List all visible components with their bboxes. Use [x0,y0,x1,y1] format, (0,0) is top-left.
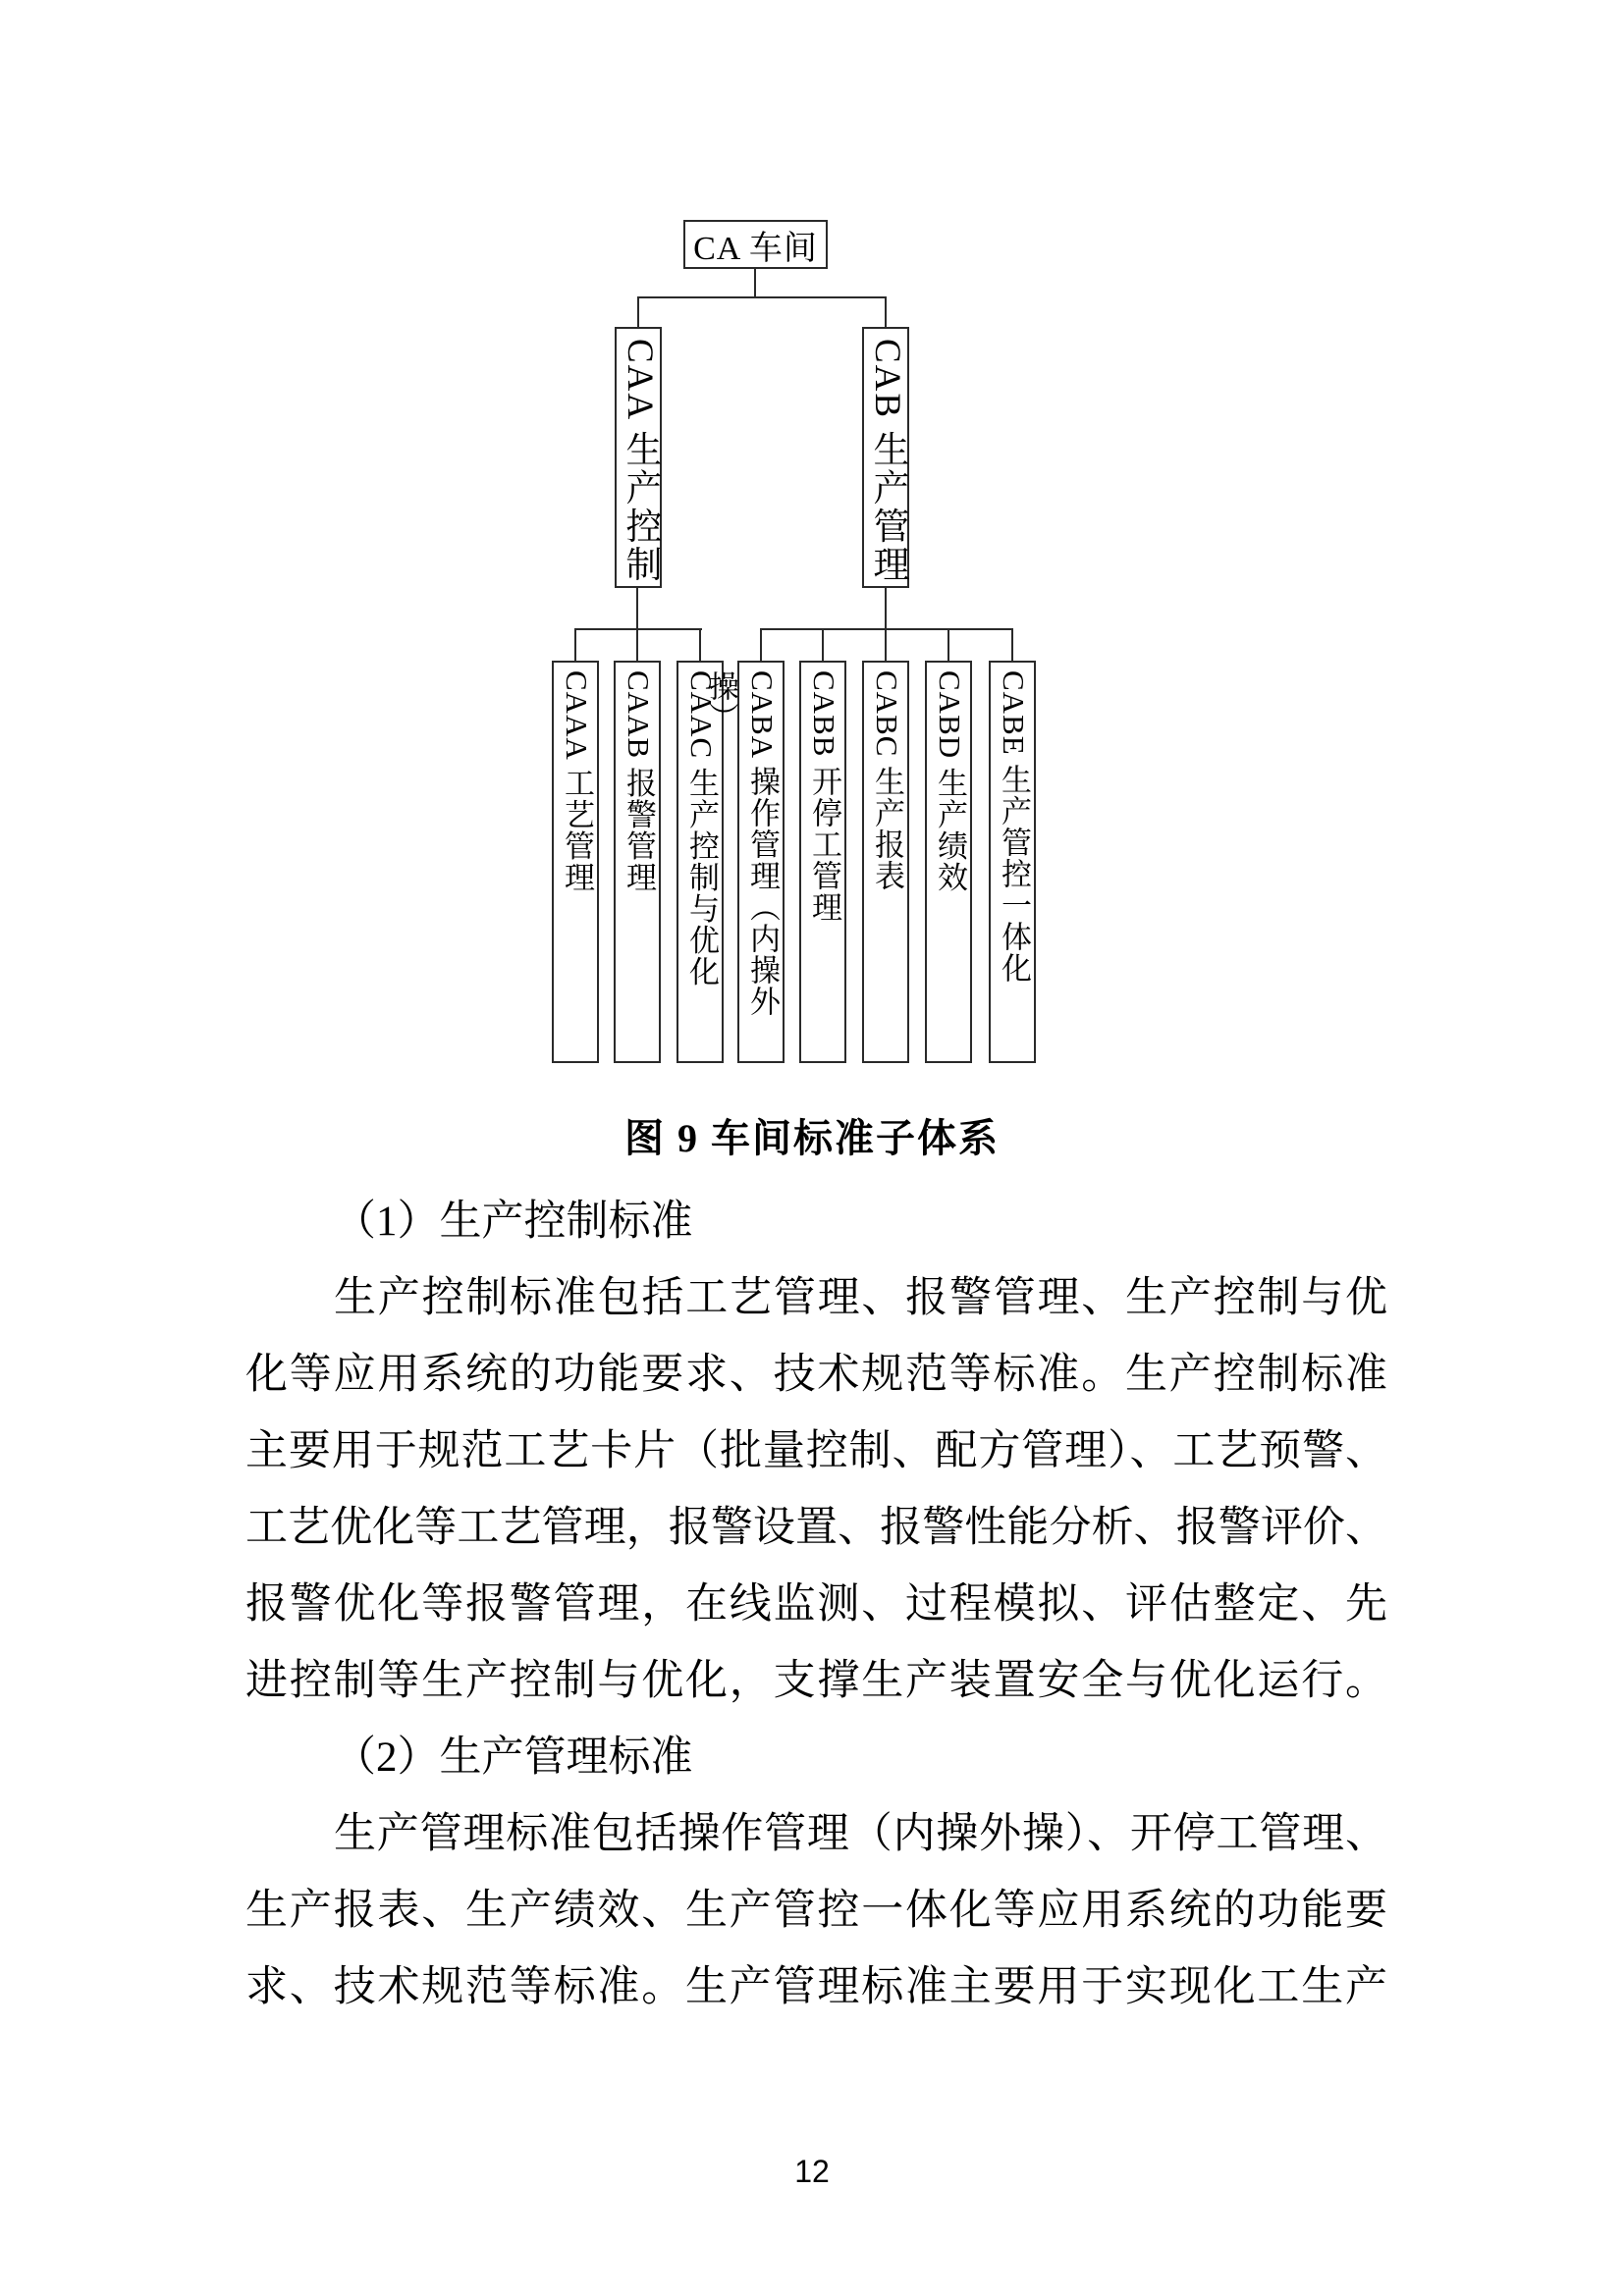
paragraph-line: 主要用于规范工艺卡片（批量控制、配方管理）、工艺预警、 [245,1414,1387,1490]
document-page: CA 车间 CAA 生产控制 CAB 生产管理 CAAA 工艺管理 CA [0,0,1624,2296]
connector-line [947,628,949,661]
org-node-ca: CA 车间 [683,220,828,269]
paragraph-line: 生产控制标准包括工艺管理、报警管理、生产控制与优 [245,1260,1387,1337]
connector-line [574,628,576,661]
connector-line [885,296,887,327]
connector-line [636,588,638,661]
connector-line [754,269,756,296]
org-node-cabd: CABD 生产绩效 [925,661,972,1063]
org-node-caaa: CAAA 工艺管理 [552,661,599,1063]
org-node-caa: CAA 生产控制 [615,327,662,588]
org-node-cabe-label: CABE 生产管控一体化 [997,670,1031,984]
org-node-ca-label: CA 车间 [693,221,818,269]
org-node-cabc: CABC 生产报表 [862,661,909,1063]
connector-line [760,628,762,661]
figure-caption: 图 9 车间标准子体系 [0,1107,1624,1163]
body-text: （1）生产控制标准 生产控制标准包括工艺管理、报警管理、生产控制与优 化等应用系… [245,1184,1387,2026]
org-node-cabc-label: CABC 生产报表 [870,670,904,891]
page-number: 12 [0,2154,1624,2190]
section-heading-2: （2）生产管理标准 [245,1720,1387,1796]
org-node-cab: CAB 生产管理 [862,327,909,588]
org-node-caaa-label: CAAA 工艺管理 [560,670,594,893]
connector-line [822,628,824,661]
connector-line [1011,628,1013,661]
paragraph-line: 进控制等生产控制与优化，支撑生产装置安全与优化运行。 [245,1643,1387,1720]
connector-line [637,296,639,327]
org-node-caa-label: CAA 生产控制 [620,339,660,583]
org-node-caab-label: CAAB 报警管理 [622,670,656,893]
org-node-cabb-label: CABB 开停工管理 [807,670,841,923]
connector-line [885,588,887,661]
connector-line [637,296,887,298]
paragraph-line: 报警优化等报警管理，在线监测、过程模拟、评估整定、先 [245,1567,1387,1643]
connector-line [574,628,702,630]
org-node-cab-label: CAB 生产管理 [867,339,907,583]
connector-line [699,628,701,661]
org-node-cabe: CABE 生产管控一体化 [989,661,1036,1063]
org-node-cabd-label: CABD 生产绩效 [933,670,967,893]
connector-line [760,628,1013,630]
paragraph-line: 求、技术规范等标准。生产管理标准主要用于实现化工生产 [245,1949,1387,2026]
org-node-cabb: CABB 开停工管理 [799,661,846,1063]
org-node-caba: CABA 操作管理（内操外操） [737,661,785,1063]
paragraph-line: 工艺优化等工艺管理，报警设置、报警性能分析、报警评价、 [245,1490,1387,1567]
paragraph-line: 生产管理标准包括操作管理（内操外操）、开停工管理、 [245,1796,1387,1873]
section-heading-1: （1）生产控制标准 [245,1184,1387,1260]
paragraph-line: 生产报表、生产绩效、生产管控一体化等应用系统的功能要 [245,1873,1387,1949]
org-node-caab: CAAB 报警管理 [614,661,661,1063]
paragraph-line: 化等应用系统的功能要求、技术规范等标准。生产控制标准 [245,1337,1387,1414]
